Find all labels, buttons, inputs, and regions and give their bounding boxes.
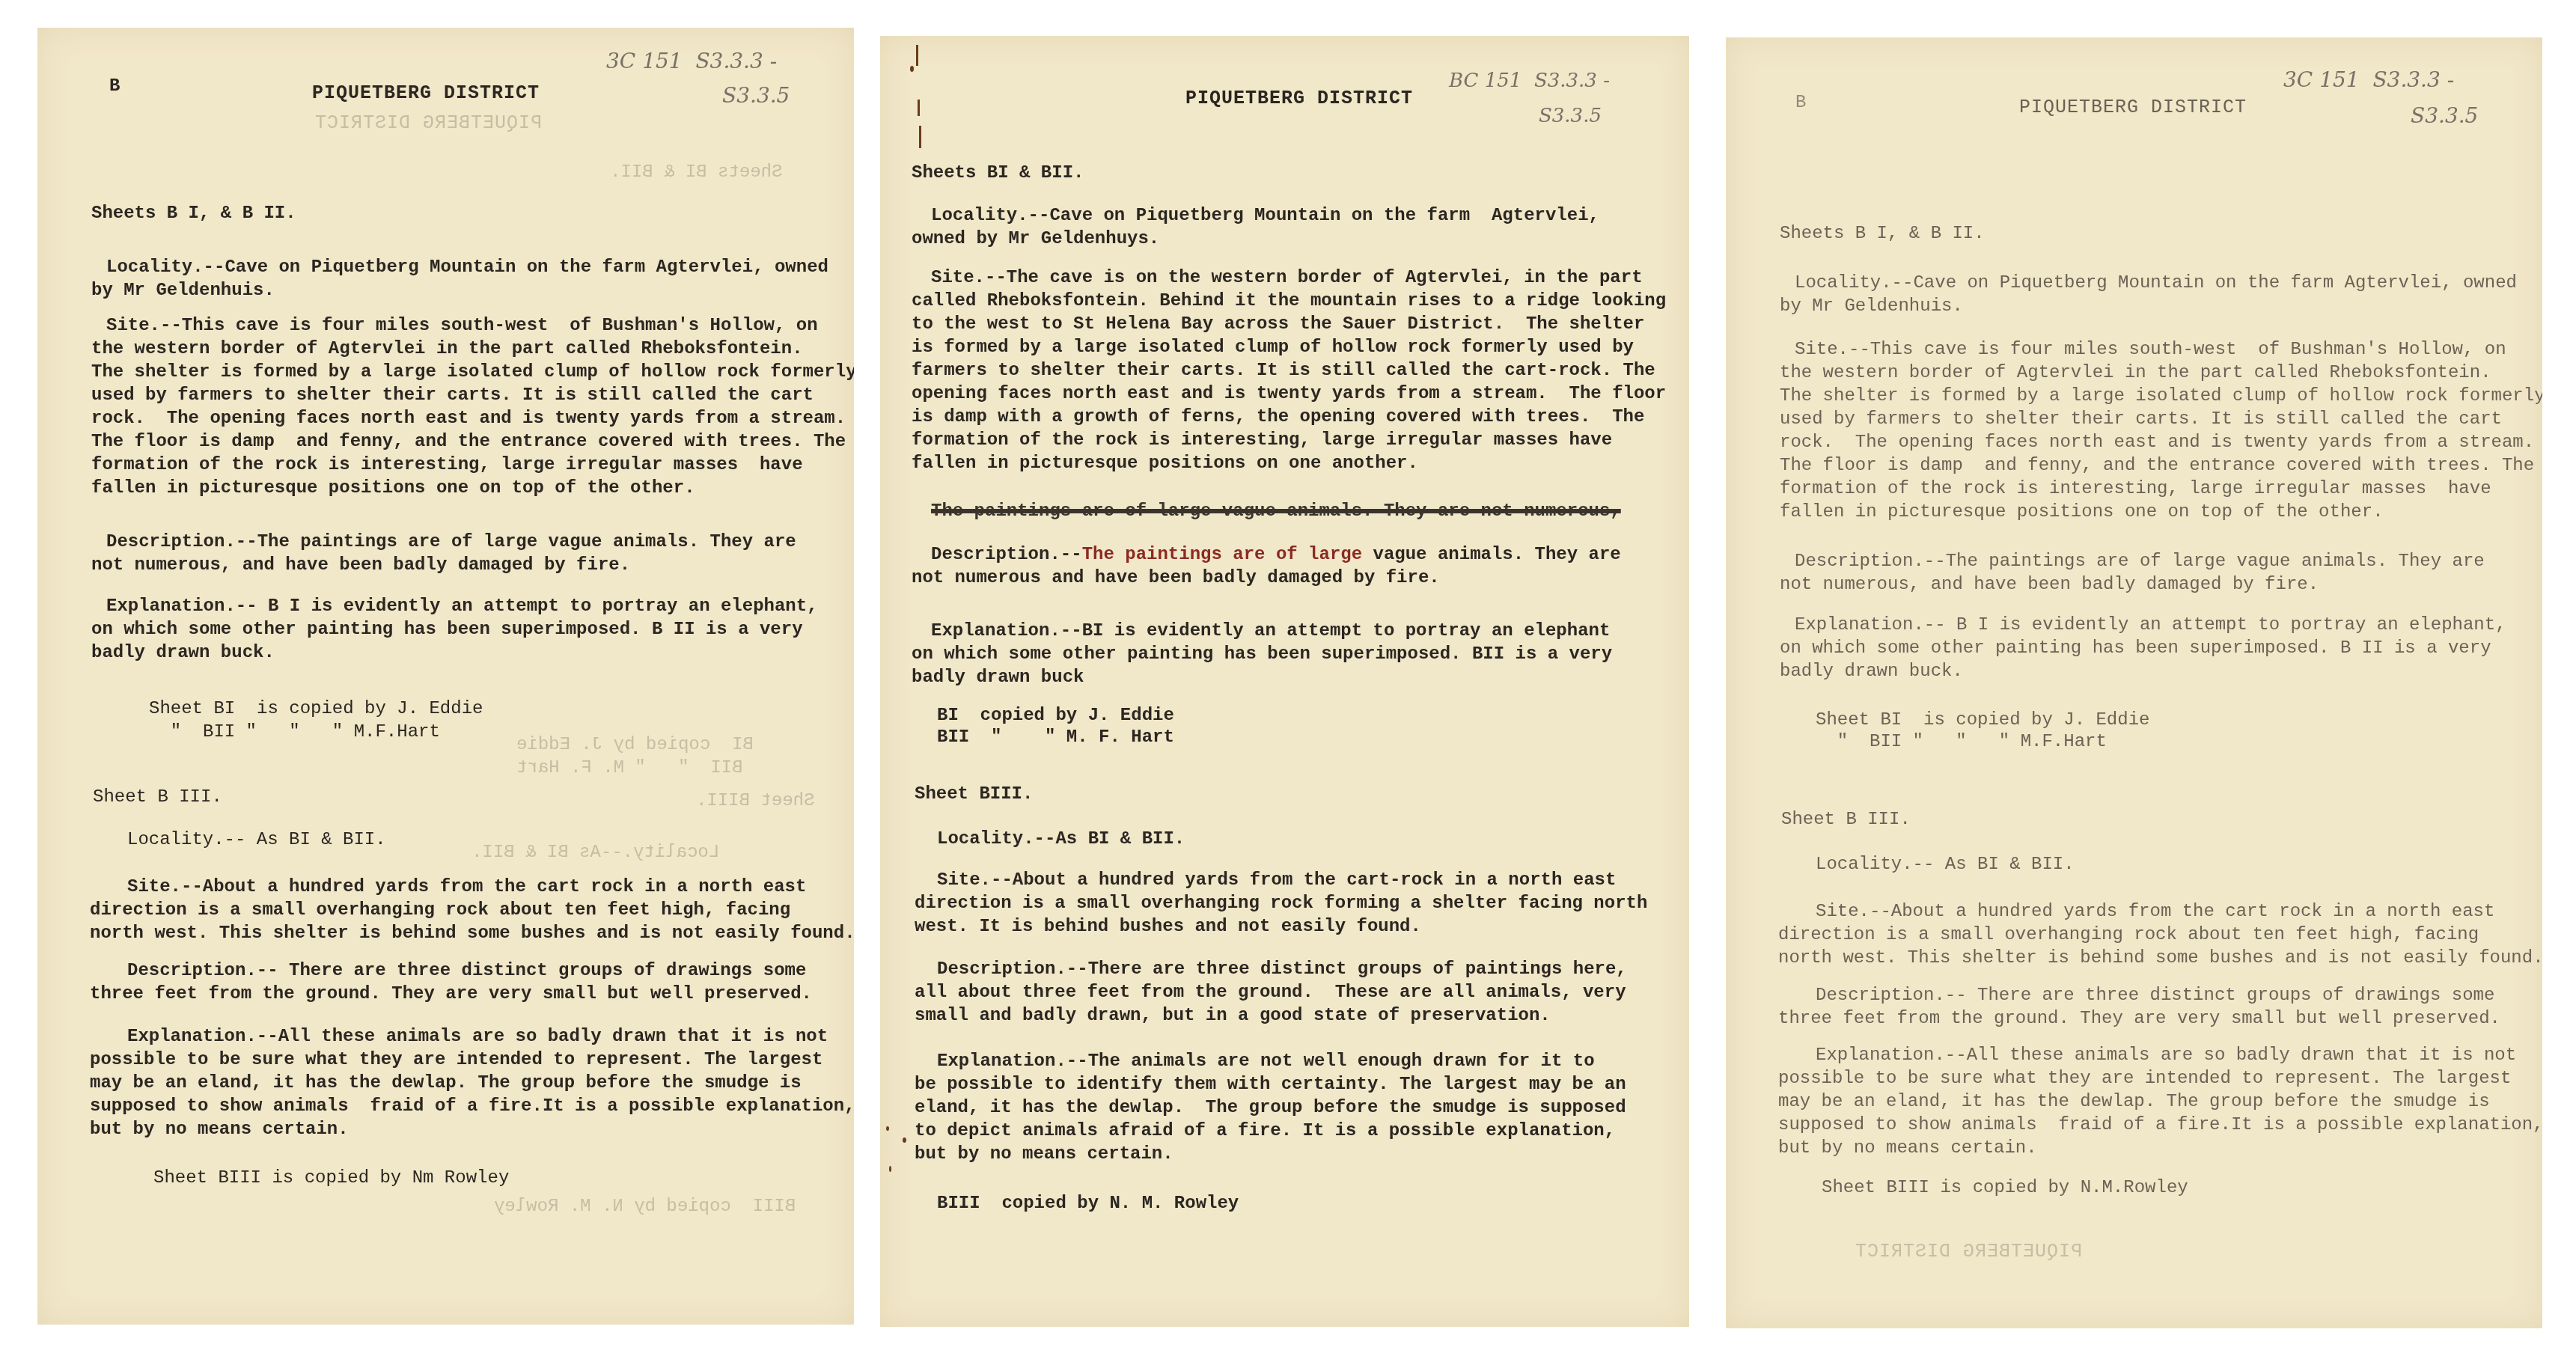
sheets-heading: Sheets B I, & B II. [91, 202, 296, 225]
site-line-3: The shelter is formed by a large isolate… [1780, 385, 2542, 408]
sheet3-heading: Sheet B III. [1781, 808, 1911, 831]
ink-spot [910, 66, 914, 72]
locality-line-2: owned by Mr Geldenhuys. [912, 227, 1159, 251]
sheet3-explanation-line-2: be possible to identify them with certai… [915, 1073, 1626, 1096]
description-line-2: not numerous, and have been badly damage… [1780, 573, 2319, 596]
explanation-line-3: badly drawn buck [912, 666, 1084, 689]
sheet3-locality: Locality.-- As BI & BII. [1816, 853, 2075, 876]
site-line-2: the western border of Agtervlei in the p… [1780, 361, 2491, 385]
copied-line-1: Sheet BI is copied by J. Eddie [149, 697, 483, 721]
locality-line-2: by Mr Geldenhuis. [1780, 295, 1963, 318]
site-line-7: formation of the rock is interesting, la… [91, 454, 803, 477]
explanation-line-3: badly drawn buck. [1780, 660, 1963, 683]
description-line-2: not numerous and have been badly damaged… [912, 567, 1440, 590]
description-line-1: Description.--The paintings are of large… [931, 543, 1621, 567]
sheet3-explanation-line-4: supposed to show animals fraid of a fire… [1778, 1114, 2542, 1137]
explanation-line-2: on which some other painting has been su… [912, 643, 1612, 666]
ink-mark [919, 126, 921, 148]
ghost-locality: Locality.--As BI & BII. [471, 841, 719, 864]
sheet3-site-line-1: Site.--About a hundred yards from the ca… [127, 876, 806, 899]
copied-line-2: BII " " M. F. Hart [937, 726, 1174, 749]
site-line-2: the western border of Agtervlei in the p… [91, 338, 803, 361]
page-title: PIQUETBERG DISTRICT [2019, 96, 2247, 119]
sheet3-description-line-1: Description.-- There are three distinct … [127, 959, 806, 983]
site-line-1: Site.--This cave is four miles south-wes… [1795, 338, 2506, 361]
sheet3-description-line-1: Description.-- There are three distinct … [1816, 984, 2494, 1007]
sheets-heading: Sheets BI & BII. [912, 162, 1084, 185]
site-line-7: is damp with a growth of ferns, the open… [912, 406, 1644, 429]
ghost-sheets-heading: Sheets BI & BII. [610, 161, 782, 184]
archive-reference-2: S3.3.5 [2411, 103, 2478, 128]
document-page-right: B PIQUETBERG DISTRICT 3C 151 S3.3.3 - S3… [1726, 37, 2542, 1328]
site-line-8: fallen in picturesque positions one on t… [1780, 501, 2384, 524]
archive-reference: 3C 151 S3.3.3 - [606, 49, 777, 73]
copied-line-1: Sheet BI is copied by J. Eddie [1816, 709, 2149, 732]
site-line-8: fallen in picturesque positions one on t… [91, 477, 695, 500]
locality-line-2: by Mr Geldenhuis. [91, 279, 275, 302]
ghost-footer-title: PIQUETBERG DISTRICT [1855, 1240, 2082, 1263]
document-page-middle: PIQUETBERG DISTRICT BC 151 S3.3.3 - S3.3… [880, 36, 1689, 1327]
document-page-left: PIQUETBERG DISTRICT Sheets BI & BII. Loc… [37, 28, 854, 1325]
sheet3-heading: Sheet B III. [93, 786, 222, 809]
archive-reference: 3C 151 S3.3.3 - [2283, 67, 2454, 92]
sheet3-explanation-line-3: may be an eland, it has the dewlap. The … [1778, 1090, 2490, 1114]
sheet3-site-line-3: north west. This shelter is behind some … [1778, 947, 2542, 970]
ghost-sheet3: Sheet BIII. [696, 790, 814, 813]
sheet3-locality: Locality.--As BI & BII. [937, 828, 1185, 851]
sheet3-copied: Sheet BIII is copied by N.M.Rowley [1822, 1176, 2188, 1200]
sheet3-copied: BIII copied by N. M. Rowley [937, 1192, 1239, 1215]
description-line-1: Description.--The paintings are of large… [106, 531, 796, 554]
explanation-line-2: on which some other painting has been su… [91, 618, 803, 641]
sheet3-explanation-line-2: possible to be sure what they are intend… [90, 1048, 822, 1072]
sheet3-explanation-line-5: but by no means certain. [90, 1118, 349, 1141]
description-rest: vague animals. They are [1362, 545, 1621, 565]
site-line-6: The floor is damp and fenny, and the ent… [1780, 454, 2534, 477]
sheet3-locality: Locality.-- As BI & BII. [127, 828, 386, 852]
sheet3-site-line-3: west. It is behind bushes and not easily… [915, 915, 1421, 938]
sheet3-description-line-3: small and badly drawn, but in a good sta… [915, 1004, 1551, 1027]
ghost-copied-1: BI copied by J. Eddie [516, 733, 754, 757]
page-title: PIQUETBERG DISTRICT [1185, 87, 1413, 110]
explanation-line-1: Explanation.-- B I is evidently an attem… [106, 595, 818, 618]
description-label: Description.-- [931, 545, 1082, 565]
sheet3-explanation-line-1: Explanation.--All these animals are so b… [127, 1025, 828, 1048]
sheet3-description-line-2: three feet from the ground. They are ver… [90, 983, 812, 1006]
sheet3-explanation-line-5: but by no means certain. [1778, 1137, 2037, 1160]
ink-spot [886, 1126, 889, 1131]
sheet3-explanation-line-3: eland, it has the dewlap. The group befo… [915, 1096, 1626, 1120]
sheet3-copied: Sheet BIII is copied by Nm Rowley [153, 1167, 509, 1190]
sheet3-description-line-1: Description.--There are three distinct g… [937, 958, 1627, 981]
copied-line-2: " BII " " " M.F.Hart [1816, 730, 2107, 754]
explanation-line-3: badly drawn buck. [91, 641, 275, 665]
site-line-2: called Rheboksfontein. Behind it the mou… [912, 290, 1666, 313]
sheet3-site-line-1: Site.--About a hundred yards from the ca… [937, 869, 1616, 892]
site-line-1: Site.--This cave is four miles south-wes… [106, 314, 818, 338]
explanation-line-1: Explanation.--BI is evidently an attempt… [931, 620, 1610, 643]
site-line-9: fallen in picturesque positions on one a… [912, 452, 1418, 475]
description-red-insert: The paintings are of large [1082, 545, 1362, 565]
page-title: PIQUETBERG DISTRICT [312, 82, 540, 105]
sheet3-explanation-line-4: supposed to show animals fraid of a fire… [90, 1095, 854, 1118]
site-line-3: to the west to St Helena Bay across the … [912, 313, 1644, 336]
struck-out-line: The paintings are of large vague animals… [931, 500, 1621, 523]
sheet3-description-line-2: three feet from the ground. They are ver… [1778, 1007, 2500, 1030]
sheet3-explanation-line-2: possible to be sure what they are intend… [1778, 1067, 2511, 1090]
ink-spot [903, 1137, 906, 1143]
archive-reference: BC 151 S3.3.3 - [1449, 70, 1610, 92]
locality-line-1: Locality.--Cave on Piquetberg Mountain o… [931, 204, 1599, 227]
archive-reference-2: S3.3.5 [1539, 105, 1602, 127]
copied-line-1: BI copied by J. Eddie [937, 704, 1174, 727]
copied-line-2: " BII " " " M.F.Hart [149, 721, 440, 744]
site-line-3: The shelter is formed by a large isolate… [91, 361, 854, 384]
page-marker: B [1795, 91, 1806, 114]
site-line-4: used by farmers to shelter their carts. … [1780, 408, 2502, 431]
locality-line-1: Locality.--Cave on Piquetberg Mountain o… [1795, 272, 2517, 295]
ghost-sheet3-copied: BIII copied by N. M. Rowley [494, 1195, 796, 1218]
sheet3-explanation-line-5: but by no means certain. [915, 1143, 1173, 1166]
site-line-1: Site.--The cave is on the western border… [931, 266, 1643, 290]
locality-line-1: Locality.--Cave on Piquetberg Mountain o… [106, 256, 828, 279]
site-line-7: formation of the rock is interesting, la… [1780, 477, 2491, 501]
ghost-copied-2: BII " " M. F. Hart [516, 757, 742, 780]
sheet3-explanation-line-1: Explanation.--The animals are not well e… [937, 1050, 1595, 1073]
sheet3-explanation-line-3: may be an eland, it has the dewlap. The … [90, 1072, 802, 1095]
site-line-8: formation of the rock is interesting, la… [912, 429, 1612, 452]
ink-mark [918, 100, 920, 116]
explanation-line-1: Explanation.-- B I is evidently an attem… [1795, 614, 2506, 637]
site-line-4: is formed by a large isolated clump of h… [912, 336, 1634, 359]
sheet3-site-line-2: direction is a small overhanging rock ab… [90, 899, 790, 922]
site-line-6: opening faces north east and is twenty y… [912, 382, 1666, 406]
explanation-line-2: on which some other painting has been su… [1780, 637, 2491, 660]
sheet3-heading: Sheet BIII. [915, 783, 1033, 806]
site-line-5: rock. The opening faces north east and i… [1780, 431, 2534, 454]
sheet3-site-line-3: north west. This shelter is behind some … [90, 922, 854, 945]
description-line-1: Description.--The paintings are of large… [1795, 550, 2485, 573]
ink-spot [889, 1166, 891, 1172]
sheet3-site-line-1: Site.--About a hundred yards from the ca… [1816, 900, 2494, 923]
archive-reference-2: S3.3.5 [722, 83, 790, 108]
sheet3-site-line-2: direction is a small overhanging rock ab… [1778, 923, 2479, 947]
sheets-heading: Sheets B I, & B II. [1780, 222, 1985, 245]
sheet3-description-line-2: all about three feet from the ground. Th… [915, 981, 1626, 1004]
page-marker: B [109, 75, 120, 98]
sheet3-site-line-2: direction is a small overhanging rock fo… [915, 892, 1647, 915]
ink-mark [916, 45, 918, 66]
description-line-2: not numerous, and have been badly damage… [91, 554, 630, 577]
sheet3-explanation-line-1: Explanation.--All these animals are so b… [1816, 1044, 2516, 1067]
sheet3-explanation-line-4: to depict animals afraid of a fire. It i… [915, 1120, 1615, 1143]
site-line-5: farmers to shelter their carts. It is st… [912, 359, 1655, 382]
site-line-6: The floor is damp and fenny, and the ent… [91, 430, 846, 454]
site-line-4: used by farmers to shelter their carts. … [91, 384, 814, 407]
site-line-5: rock. The opening faces north east and i… [91, 407, 846, 430]
ghost-title: PIQUETBERG DISTRICT [314, 112, 542, 135]
